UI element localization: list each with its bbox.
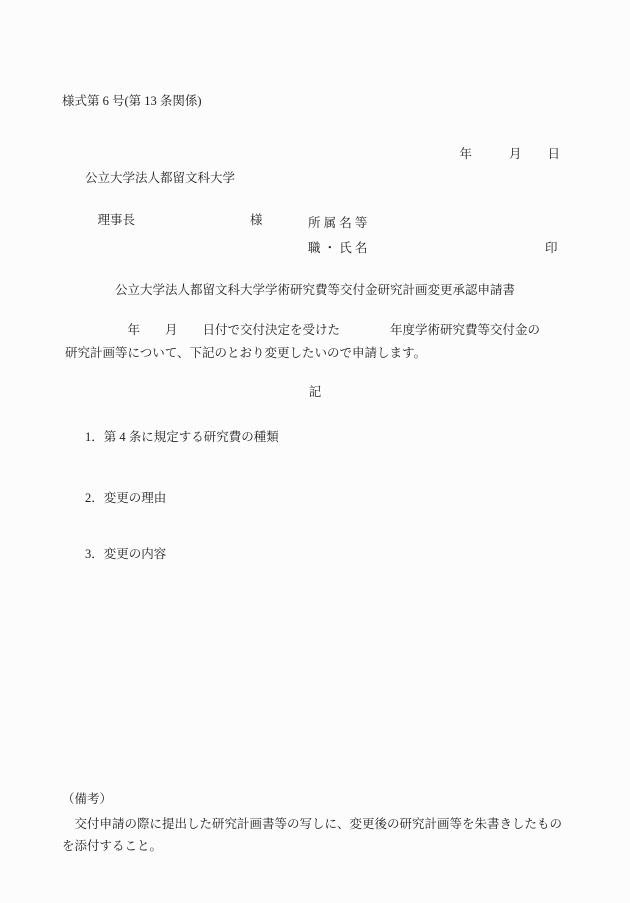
position-name-label: 職 ・ 氏 名 — [308, 240, 367, 257]
item-2-change-reason: 2．変更の理由 — [85, 490, 166, 507]
seal-label: 印 — [545, 240, 558, 257]
ki-marker: 記 — [0, 384, 630, 401]
recipient-line: 理事長様 — [85, 195, 263, 246]
date-month-label: 月 — [509, 147, 522, 161]
remarks-line: を添付すること。 — [62, 838, 162, 855]
affiliation-label: 所 属 名 等 — [308, 215, 367, 232]
document-page: 様式第 6 号(第 13 条関係) 年月日 公立大学法人都留文科大学 理事長様 … — [0, 0, 630, 903]
item-1-research-fee-type: 1．第 4 条に規定する研究費の種類 — [85, 429, 279, 446]
body-paragraph-line: 年 月 日付で交付決定を受けた 年度学術研究費等交付金の — [65, 322, 540, 339]
remarks-heading: （備考） — [62, 791, 112, 808]
recipient-title: 理事長 — [98, 213, 136, 227]
document-title: 公立大学法人都留文科大学学術研究費等交付金研究計画変更承認申請書 — [0, 282, 630, 299]
date-year-label: 年 — [460, 147, 473, 161]
date-day-label: 日 — [548, 147, 561, 161]
recipient-organization: 公立大学法人都留文科大学 — [85, 170, 235, 187]
remarks-line: 交付申請の際に提出した研究計画書等の写しに、変更後の研究計画等を朱書きしたもの — [62, 816, 562, 833]
recipient-honorific: 様 — [250, 213, 263, 227]
item-3-change-content: 3．変更の内容 — [85, 546, 166, 563]
body-paragraph-line: 研究計画等について、下記のとおり変更したいので申請します。 — [65, 345, 426, 362]
date-line: 年月日 — [447, 129, 560, 180]
form-number: 様式第 6 号(第 13 条関係) — [62, 93, 202, 110]
